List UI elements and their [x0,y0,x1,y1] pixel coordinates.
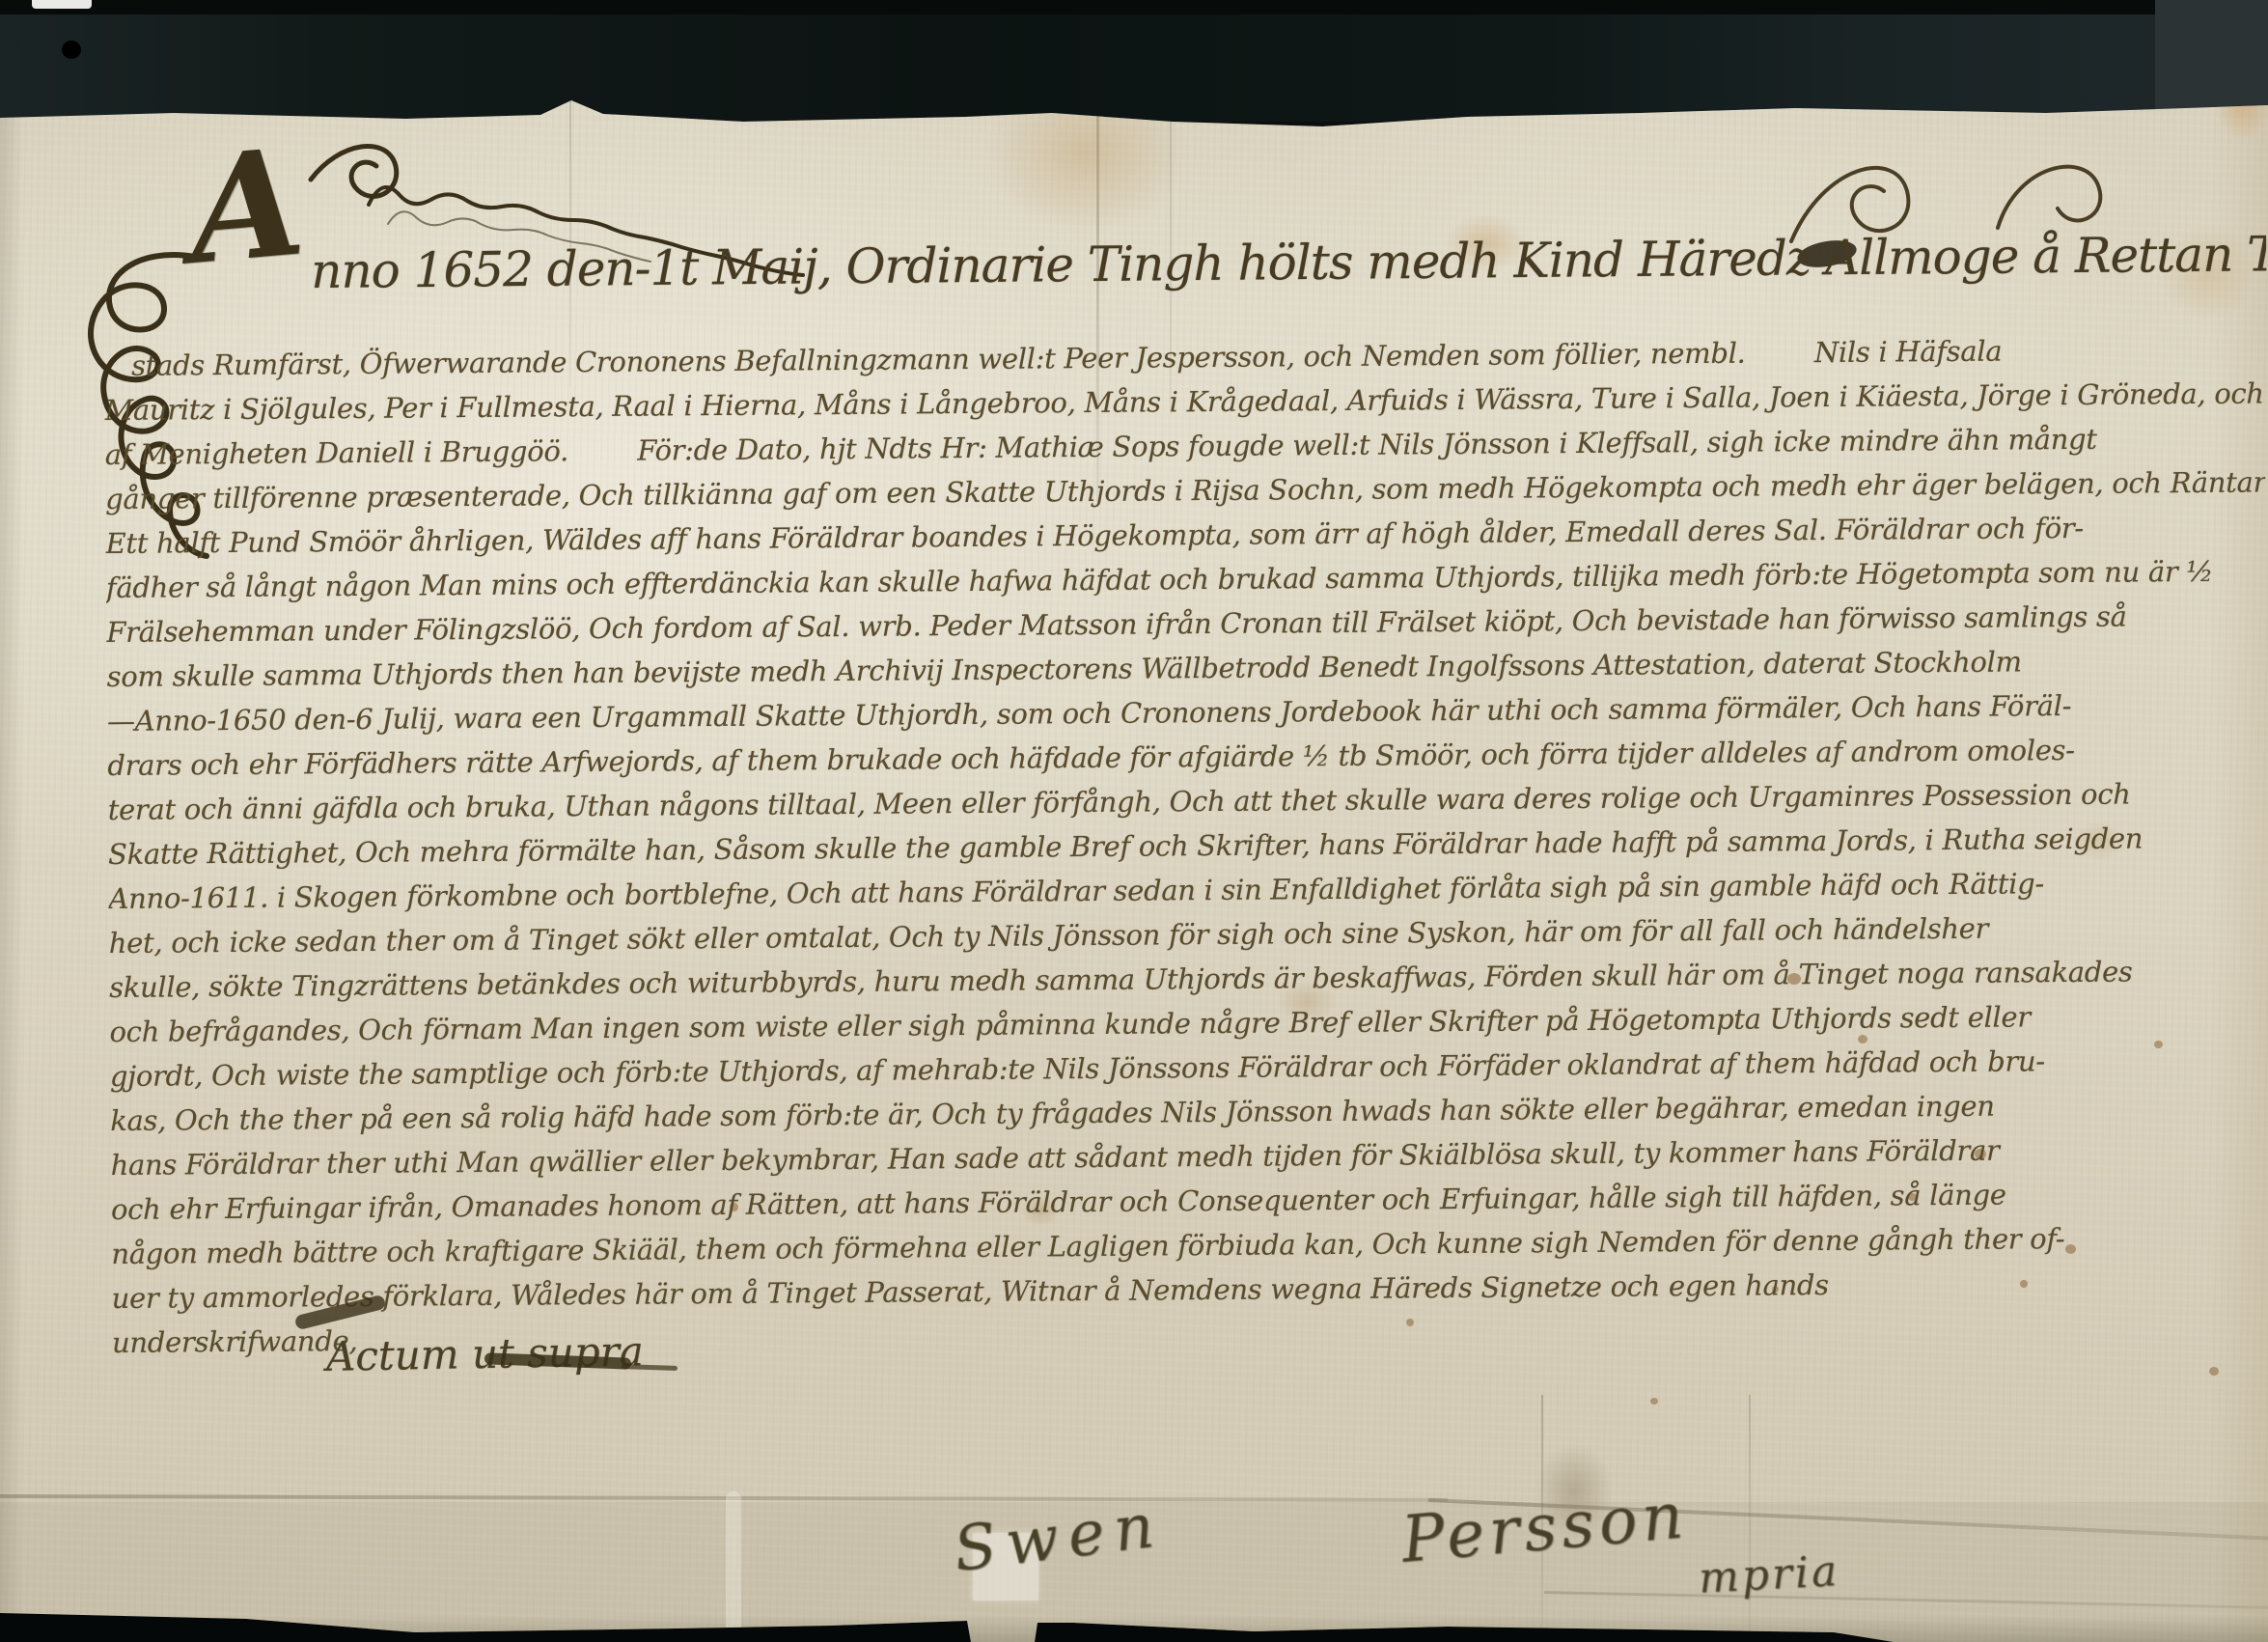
closing-formula: Actum ut supra [326,1327,645,1380]
ink-speckle [2209,1367,2219,1376]
manuscript-body: stads Rumfärst, Öfwerwarande Crononens B… [104,332,2268,1371]
scanner-right-panel [2155,0,2268,117]
scanner-background-band [0,0,2268,122]
parchment-sheet: A nno 1652 den-1t Maij, Ordinarie Tingh … [0,0,2268,1642]
illuminated-initial: A [183,128,310,285]
ink-speckle [1650,1398,1658,1405]
signature-manu-propria: mpria [1698,1546,1841,1603]
manuscript-scan: A nno 1652 den-1t Maij, Ordinarie Tingh … [0,0,2268,1642]
fold-highlight [726,1491,741,1636]
scanner-hole-dot [62,41,81,59]
scanner-tab [32,0,92,9]
scanner-edge-strip [0,0,2268,14]
